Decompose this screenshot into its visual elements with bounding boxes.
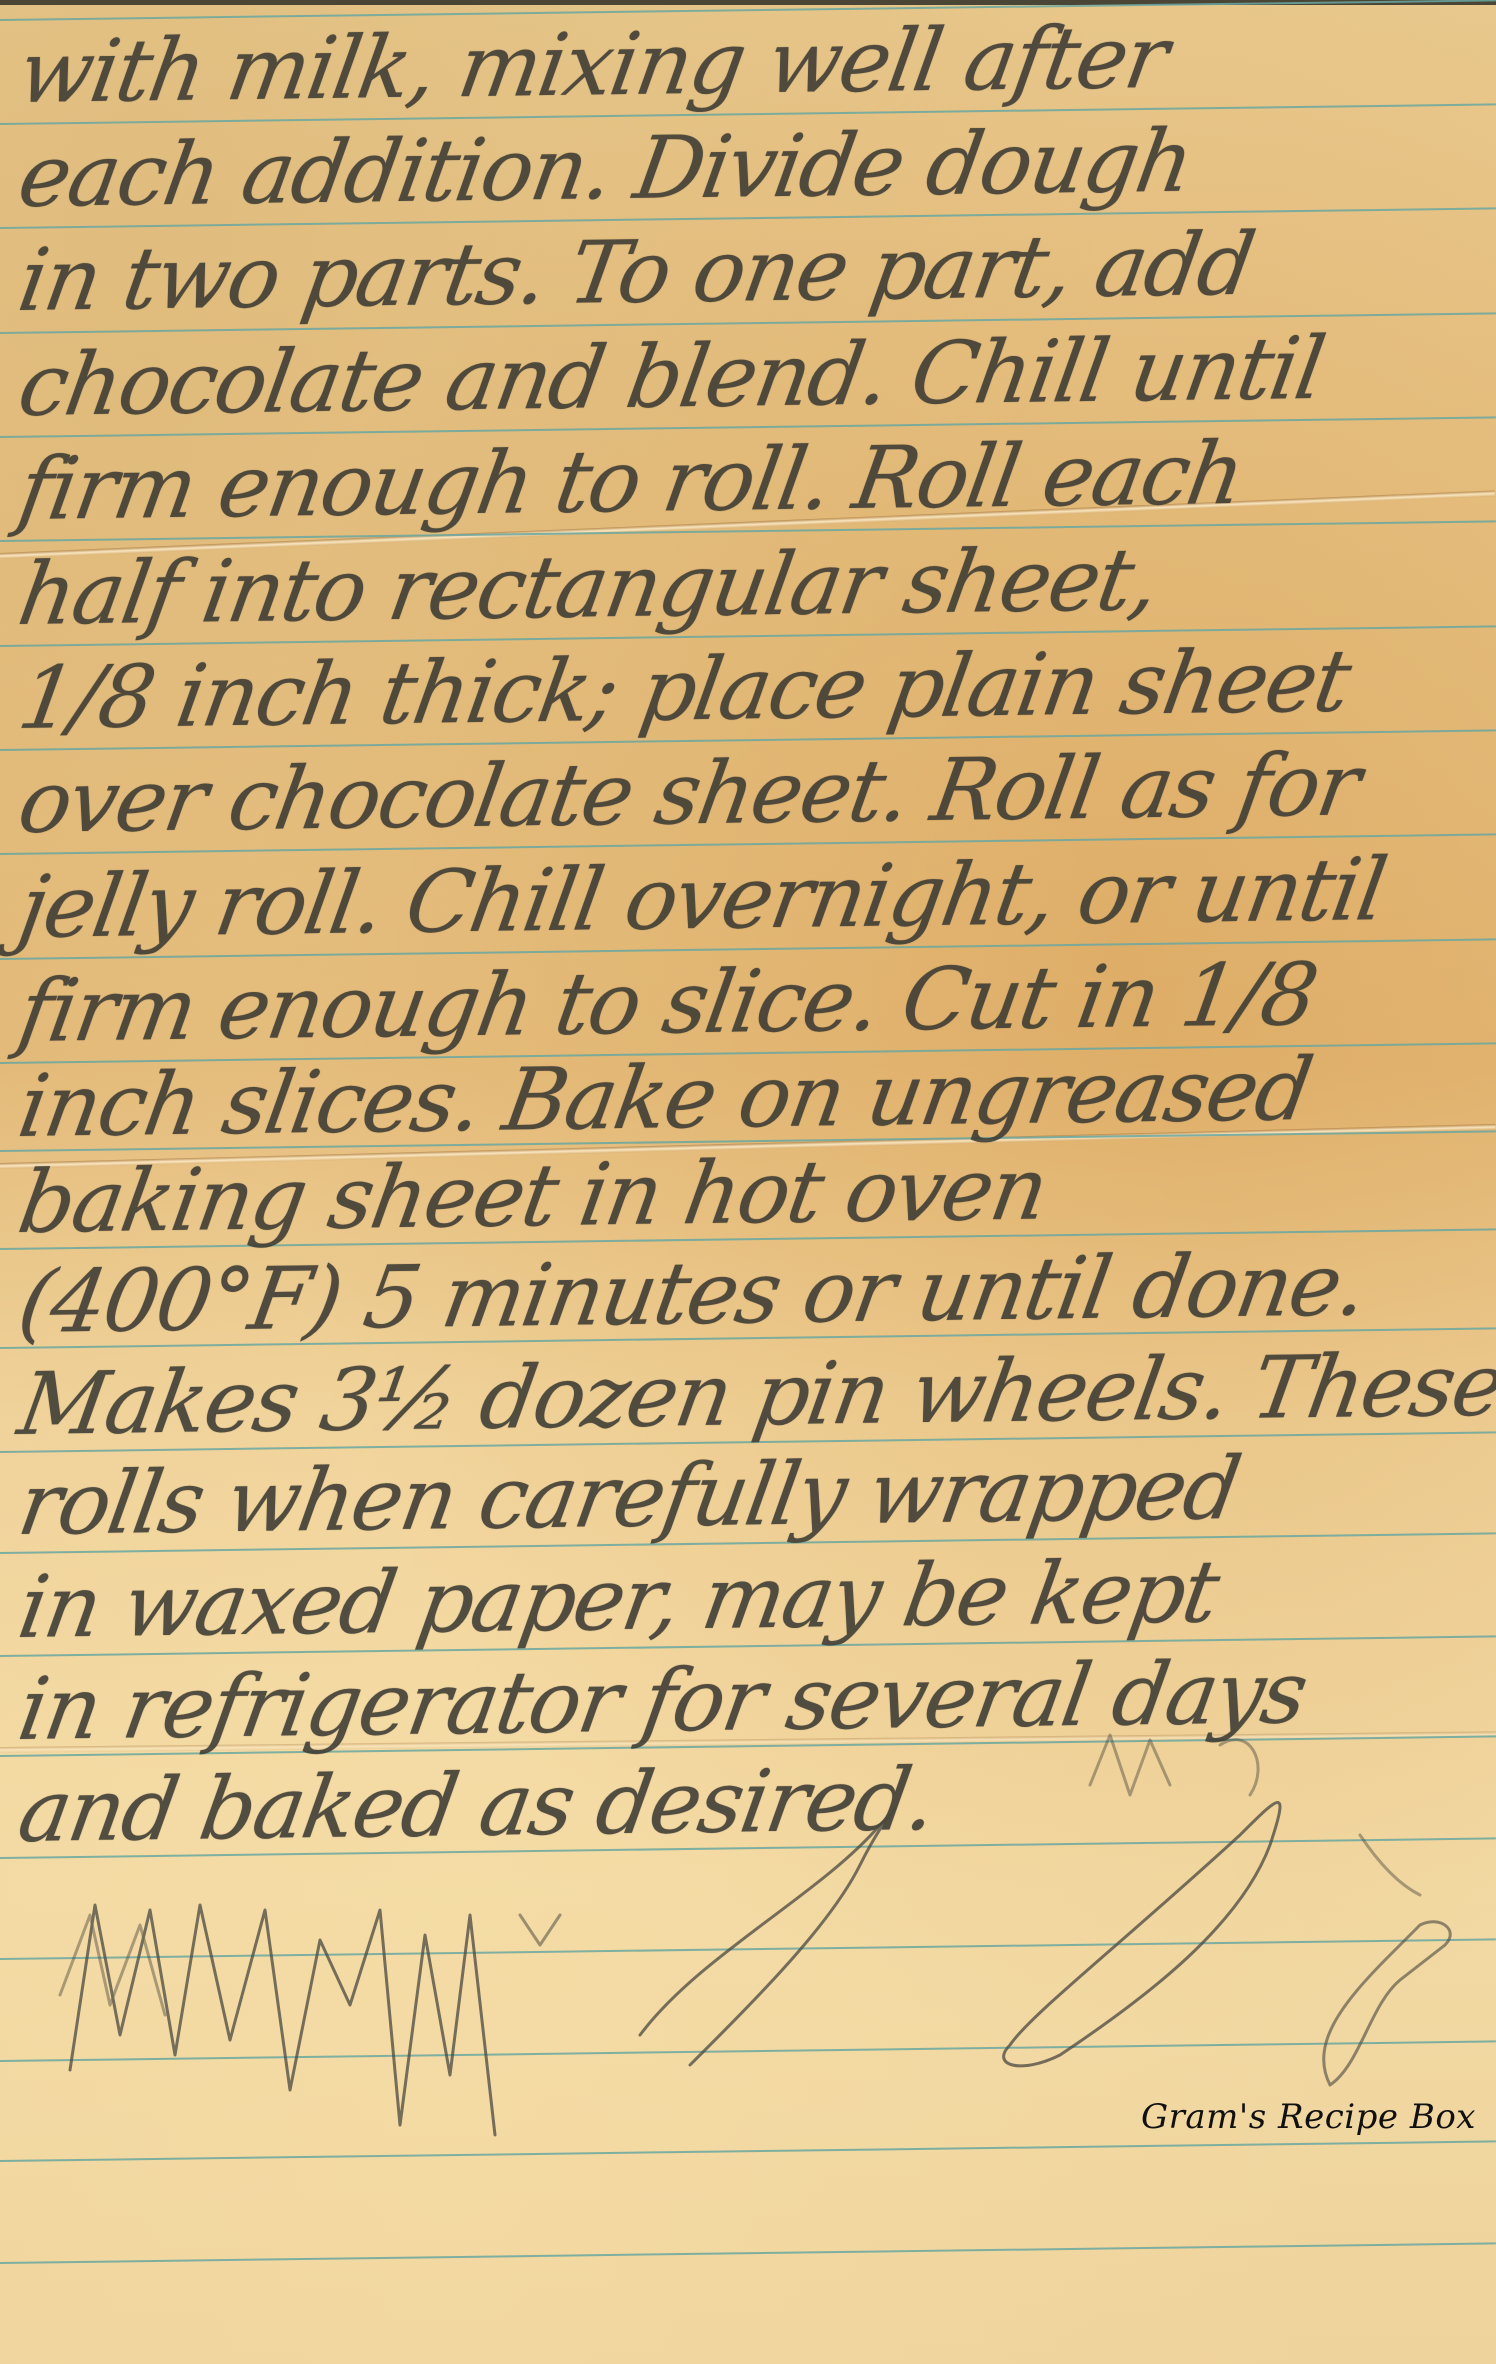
handwritten-line: jelly roll. Chill overnight, or until <box>12 839 1496 958</box>
ruled-line <box>0 2040 1496 2062</box>
handwritten-line: over chocolate sheet. Roll as for <box>12 734 1496 853</box>
handwritten-line: each addition. Divide dough <box>12 108 1496 227</box>
handwritten-line: chocolate and blend. Chill until <box>12 317 1496 436</box>
handwritten-line: baking sheet in hot oven <box>12 1134 1496 1253</box>
handwritten-line: in refrigerator for several days <box>12 1641 1496 1760</box>
handwritten-line: in waxed paper, may be kept <box>12 1539 1496 1658</box>
watermark-grams-recipe-box: Gram's Recipe Box <box>1141 2097 1476 2137</box>
handwritten-line: with milk, mixing well after <box>12 4 1496 123</box>
ruled-line <box>0 2242 1496 2264</box>
handwritten-line: firm enough to roll. Roll each <box>12 421 1496 540</box>
handwritten-line: 1/8 inch thick; place plain sheet <box>12 630 1496 749</box>
handwritten-line: Makes 3½ dozen pin wheels. These <box>12 1336 1496 1455</box>
ruled-line <box>0 1938 1496 1960</box>
handwritten-line: in two parts. To one part, add <box>12 212 1496 331</box>
handwritten-line: half into rectangular sheet, <box>12 526 1496 645</box>
handwritten-line: and baked as desired. <box>12 1743 1496 1862</box>
handwritten-line: rolls when carefully wrapped <box>12 1436 1496 1555</box>
ruled-line <box>0 2140 1496 2162</box>
recipe-page: with milk, mixing well after each additi… <box>0 5 1496 2364</box>
handwritten-line: (400°F) 5 minutes or until done. <box>12 1234 1496 1353</box>
